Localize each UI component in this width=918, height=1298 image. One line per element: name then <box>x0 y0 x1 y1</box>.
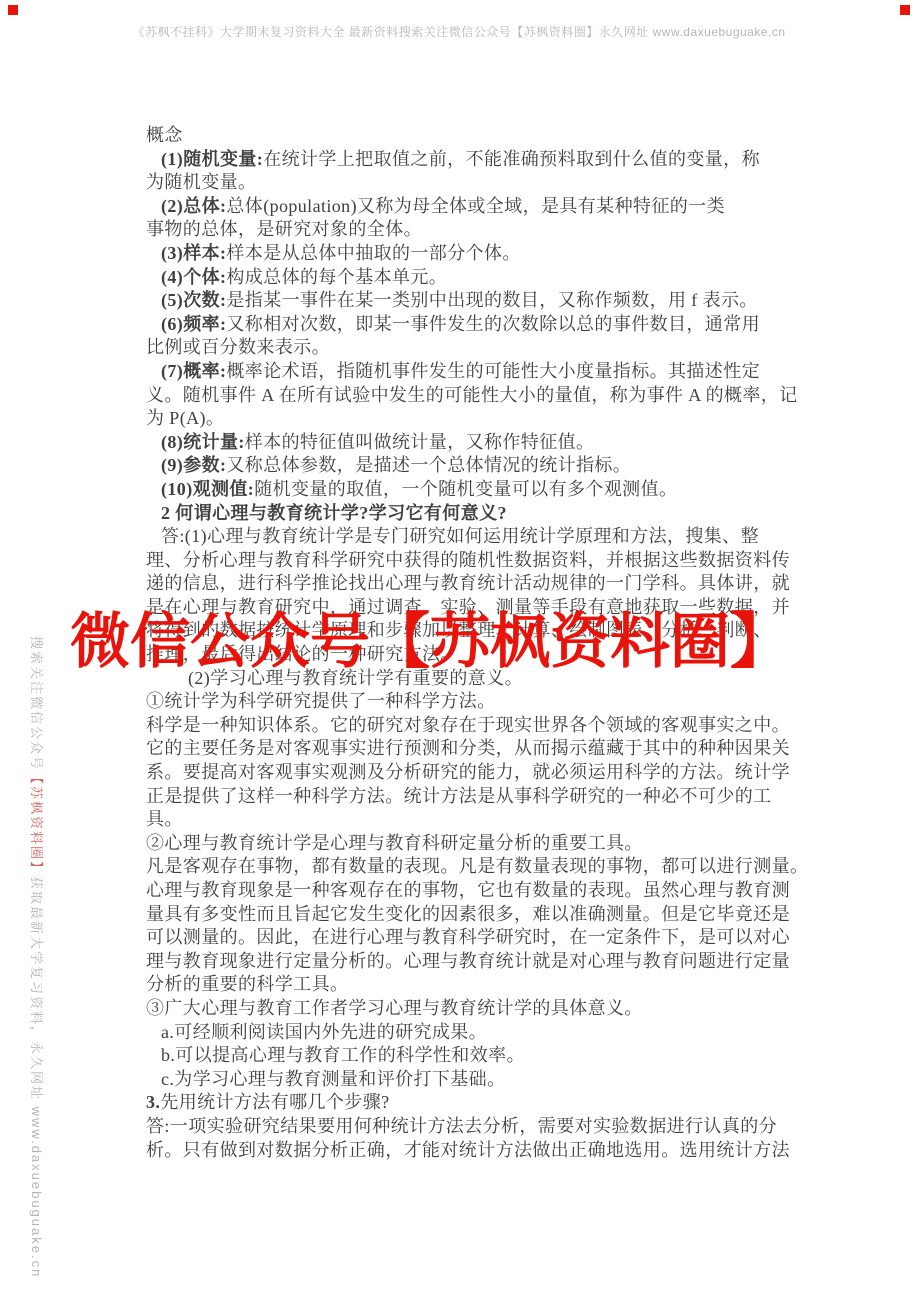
text-line: 析。只有做到对数据分析正确，才能对统计方法做出正确地选用。选用统计方法 <box>146 1139 786 1163</box>
text-line: (7)概率:概率论术语，指随机事件发生的可能性大小度量指标。其描述性定 <box>146 360 786 384</box>
text-line: (3)样本:样本是从总体中抽取的一部分个体。 <box>146 242 786 266</box>
text-line: 递的信息，进行科学推论找出心理与教育统计活动规律的一门学科。具体讲，就 <box>146 572 786 596</box>
text-line: (1)随机变量:在统计学上把取值之前，不能准确预料取到什么值的变量，称 <box>146 148 786 172</box>
text-line: 量具有多变性而且旨起它发生变化的因素很多，难以准确测量。但是它毕竟还是 <box>146 903 786 927</box>
text-line: ③广大心理与教育工作者学习心理与教育统计学的具体意义。 <box>146 997 786 1021</box>
text-line: 它的主要任务是对客观事实进行预测和分类，从而揭示蕴藏于其中的种种因果关 <box>146 737 786 761</box>
text-line: 系。要提高对客观事实观测及分析研究的能力，就必须运用科学的方法。统计学 <box>146 761 786 785</box>
text-line: a.可经顺利阅读国内外先进的研究成果。 <box>146 1021 786 1045</box>
text-line: (8)统计量:样本的特征值叫做统计量，又称作特征值。 <box>146 431 786 455</box>
wechat-red-watermark: 微信公众号【苏枫资料圈】 <box>70 606 790 678</box>
document-page: 《苏枫不挂科》大学期末复习资料大全 最新资料搜索关注微信公众号【苏枫资料圈】永久… <box>0 0 918 1298</box>
text-line: ①统计学为科学研究提供了一种科学方法。 <box>146 690 786 714</box>
text-line: c.为学习心理与教育测量和评价打下基础。 <box>146 1068 786 1092</box>
text-line: 事物的总体，是研究对象的全体。 <box>146 218 786 242</box>
text-line: 义。随机事件 A 在所有试验中发生的可能性大小的量值，称为事件 A 的概率，记 <box>146 384 786 408</box>
text-line: (5)次数:是指某一事件在某一类别中出现的数目，又称作频数，用 f 表示。 <box>146 289 786 313</box>
text-line: 3.先用统计方法有哪几个步骤? <box>146 1091 786 1115</box>
text-line: 凡是客观存在事物，都有数量的表现。凡是有数量表现的事物，都可以进行测量。 <box>146 855 786 879</box>
text-line: 为 P(A)。 <box>146 407 786 431</box>
text-line: 正是提供了这样一种科学方法。统计方法是从事科学研究的一种必不可少的工 <box>146 785 786 809</box>
text-line: b.可以提高心理与教育工作的科学性和效率。 <box>146 1044 786 1068</box>
side-watermark-highlight: 【苏枫资料圈】 <box>29 771 44 876</box>
text-line: ②心理与教育统计学是心理与教育科研定量分析的重要工具。 <box>146 832 786 856</box>
text-line: (2)总体:总体(population)又称为母全体或全域，是具有某种特征的一类 <box>146 195 786 219</box>
text-line: 比例或百分数来表示。 <box>146 336 786 360</box>
text-line: 分析的重要的科学工具。 <box>146 973 786 997</box>
text-line: 理、分析心理与教育科学研究中获得的随机性数据资料，并根据这些数据资料传 <box>146 549 786 573</box>
text-line: 答:(1)心理与教育统计学是专门研究如何运用统计学原理和方法，搜集、整 <box>146 525 786 549</box>
text-line: 为随机变量。 <box>146 171 786 195</box>
side-watermark-suffix: 获取最新大学复习资料，永久网址 www.daxuebuguake.cn <box>29 876 44 1278</box>
side-vertical-watermark: 搜索关注微信公众号【苏枫资料圈】获取最新大学复习资料，永久网址 www.daxu… <box>28 636 47 1076</box>
text-line: 心理与教育现象是一种客观存在的事物，它也有数量的表现。虽然心理与教育测 <box>146 879 786 903</box>
text-line: 具。 <box>146 808 786 832</box>
text-line: 概念 <box>146 124 786 148</box>
text-line: 答:一项实验研究结果要用何种统计方法去分析，需要对实验数据进行认真的分 <box>146 1115 786 1139</box>
text-line: (4)个体:构成总体的每个基本单元。 <box>146 266 786 290</box>
text-line: (6)频率:又称相对次数，即某一事件发生的次数除以总的事件数目，通常用 <box>146 313 786 337</box>
text-line: 可以测量的。因此，在进行心理与教育科学研究时，在一定条件下，是可以对心 <box>146 926 786 950</box>
text-line: 2 何谓心理与教育统计学?学习它有何意义? <box>146 502 786 526</box>
text-line: 理与教育现象进行定量分析的。心理与教育统计就是对心理与教育问题进行定量 <box>146 950 786 974</box>
red-corner-mark-left <box>8 5 18 15</box>
text-line: (9)参数:又称总体参数，是描述一个总体情况的统计指标。 <box>146 454 786 478</box>
text-line: (10)观测值:随机变量的取值，一个随机变量可以有多个观测值。 <box>146 478 786 502</box>
side-watermark-prefix: 搜索关注微信公众号 <box>29 636 44 771</box>
text-line: 科学是一种知识体系。它的研究对象存在于现实世界各个领域的客观事实之中。 <box>146 714 786 738</box>
page-header-watermark: 《苏枫不挂科》大学期末复习资料大全 最新资料搜索关注微信公众号【苏枫资料圈】永久… <box>0 24 918 40</box>
red-corner-mark-right <box>900 5 910 15</box>
